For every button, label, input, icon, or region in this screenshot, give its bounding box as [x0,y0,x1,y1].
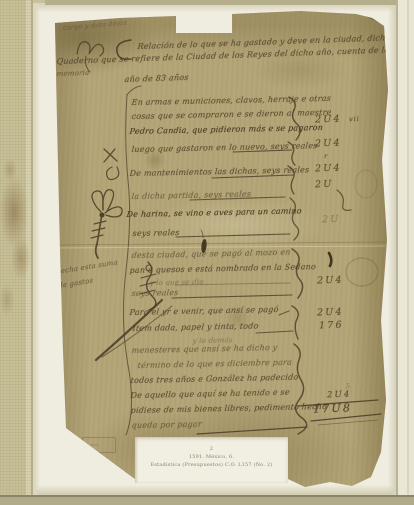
monogram-swash [77,42,104,56]
amount-flourish [337,190,351,210]
facing-page-edge [0,0,33,505]
photographed-book-page: { "document": { "header": [ {"t": "cargo… [0,0,414,505]
script-line: seys reales [131,288,179,298]
rule-line [256,331,293,333]
amount: 2U [322,214,341,226]
rule-line [176,234,290,237]
total-underline [318,420,378,425]
caption-number: 2 [135,446,288,452]
round-stain [355,170,377,198]
script-line: y lo que se dio [149,278,204,287]
paper-crease-highlight [58,246,385,248]
photo-top-edge [45,0,414,5]
paper-crease [58,242,385,245]
amount: 2U4 [317,307,344,319]
caption-reference: Estadística (Presupuestos) C.O. L157 (No… [135,462,288,468]
amount: 2U [315,179,334,191]
amount: 2U4 [315,138,342,150]
script-line: queda por pagar [131,420,202,430]
amount: 2U4 [317,275,344,287]
script-line: seys reales [132,228,180,238]
brace-5 [292,249,303,298]
brace-7 [294,344,307,434]
rule-line [197,427,307,434]
caption-source: 1591. México, 6. [135,454,288,460]
margin-x-mark [104,149,117,162]
rule-line [172,295,292,298]
amount: 176 [319,320,344,332]
photo-bottom-edge [0,494,414,505]
amount: 2U4 [327,390,352,401]
margin-curl-mark [107,167,119,180]
amount: r [324,152,328,160]
amount: vii [349,115,360,123]
amount-total: 17U8 [313,401,353,415]
entry-end-flourish [279,311,289,315]
brace-4 [290,198,299,240]
amount: 2U4 [315,114,342,126]
photo-right-edge [396,0,414,505]
amount: 2U4 [315,163,342,175]
round-stain [346,258,378,286]
brace-6 [292,306,298,339]
ruling-hook [127,86,141,95]
caption-card: 2 1591. México, 6. Estadística (Presupue… [135,437,288,483]
bold-tick [329,253,331,266]
script-line: memoria [56,69,89,78]
